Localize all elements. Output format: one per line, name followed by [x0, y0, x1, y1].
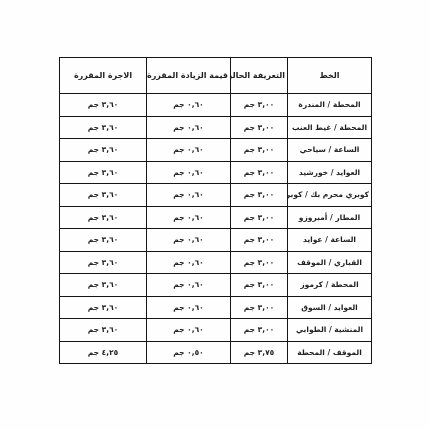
table-row: المطار / أمبروزو٣,٠٠ جم٠,٦٠ جم٣,٦٠ جم [60, 206, 372, 229]
line-name-cell: الساعة / عوايد [288, 229, 372, 252]
approved-fare-cell: ٤,٢٥ جم [60, 341, 147, 364]
line-name-cell: الساعة / سياحي [288, 139, 372, 162]
fare-table: الخط التعريفة الحالية قيمة الزيادة المقر… [59, 57, 372, 364]
line-name-cell: العوايد / خورشيد [288, 161, 372, 184]
table-row: القباري / الموقف٣,٠٠ جم٠,٦٠ جم٣,٦٠ جم [60, 251, 372, 274]
current-tariff-cell: ٣,٠٠ جم [231, 116, 288, 139]
table-row: الساعة / عوايد٣,٠٠ جم٠,٦٠ جم٣,٦٠ جم [60, 229, 372, 252]
increase-value-cell: ٠,٦٠ جم [147, 319, 231, 342]
table-row: المحطة / المندرة٣,٠٠ جم٠,٦٠ جم٣,٦٠ جم [60, 94, 372, 117]
current-tariff-cell: ٣,٠٠ جم [231, 161, 288, 184]
line-name-cell: القباري / الموقف [288, 251, 372, 274]
current-tariff-cell: ٣,٠٠ جم [231, 206, 288, 229]
current-tariff-cell: ٣,٠٠ جم [231, 296, 288, 319]
increase-value-cell: ٠,٦٠ جم [147, 274, 231, 297]
line-name-cell: العوايد / السوق [288, 296, 372, 319]
table-row: المحطة / غيط العنب٣,٠٠ جم٠,٦٠ جم٣,٦٠ جم [60, 116, 372, 139]
table-row: المنشية / الطوابي٣,٠٠ جم٠,٦٠ جم٣,٦٠ جم [60, 319, 372, 342]
increase-value-cell: ٠,٦٠ جم [147, 206, 231, 229]
increase-value-cell: ٠,٦٠ جم [147, 229, 231, 252]
line-name-cell: كوبري محرم بك / كوبري الزهور [288, 184, 372, 207]
increase-value-cell: ٠,٥٠ جم [147, 341, 231, 364]
table-row: العوايد / السوق٣,٠٠ جم٠,٦٠ جم٣,٦٠ جم [60, 296, 372, 319]
current-tariff-cell: ٣,٠٠ جم [231, 229, 288, 252]
approved-fare-cell: ٣,٦٠ جم [60, 274, 147, 297]
increase-value-cell: ٠,٦٠ جم [147, 184, 231, 207]
approved-fare-cell: ٣,٦٠ جم [60, 139, 147, 162]
col-header-current-tariff: التعريفة الحالية [231, 58, 288, 94]
fare-table-body: المحطة / المندرة٣,٠٠ جم٠,٦٠ جم٣,٦٠ جمالم… [60, 94, 372, 364]
current-tariff-cell: ٣,٠٠ جم [231, 184, 288, 207]
approved-fare-cell: ٣,٦٠ جم [60, 116, 147, 139]
increase-value-cell: ٠,٦٠ جم [147, 116, 231, 139]
col-header-line: الخط [288, 58, 372, 94]
increase-value-cell: ٠,٦٠ جم [147, 94, 231, 117]
approved-fare-cell: ٣,٦٠ جم [60, 184, 147, 207]
line-name-cell: الموقف / المحطة [288, 341, 372, 364]
table-row: الموقف / المحطة٣,٧٥ جم٠,٥٠ جم٤,٢٥ جم [60, 341, 372, 364]
approved-fare-cell: ٣,٦٠ جم [60, 251, 147, 274]
current-tariff-cell: ٣,٠٠ جم [231, 94, 288, 117]
current-tariff-cell: ٣,٠٠ جم [231, 319, 288, 342]
approved-fare-cell: ٣,٦٠ جم [60, 206, 147, 229]
current-tariff-cell: ٣,٠٠ جم [231, 251, 288, 274]
current-tariff-cell: ٣,٠٠ جم [231, 139, 288, 162]
increase-value-cell: ٠,٦٠ جم [147, 139, 231, 162]
increase-value-cell: ٠,٦٠ جم [147, 296, 231, 319]
approved-fare-cell: ٣,٦٠ جم [60, 319, 147, 342]
approved-fare-cell: ٣,٦٠ جم [60, 296, 147, 319]
approved-fare-cell: ٣,٦٠ جم [60, 229, 147, 252]
approved-fare-cell: ٣,٦٠ جم [60, 161, 147, 184]
line-name-cell: المطار / أمبروزو [288, 206, 372, 229]
table-row: الساعة / سياحي٣,٠٠ جم٠,٦٠ جم٣,٦٠ جم [60, 139, 372, 162]
col-header-increase-value: قيمة الزيادة المقررة [147, 58, 231, 94]
increase-value-cell: ٠,٦٠ جم [147, 251, 231, 274]
current-tariff-cell: ٣,٠٠ جم [231, 274, 288, 297]
col-header-approved-fare: الاجرة المقررة [60, 58, 147, 94]
line-name-cell: المنشية / الطوابي [288, 319, 372, 342]
table-row: كوبري محرم بك / كوبري الزهور٣,٠٠ جم٠,٦٠ … [60, 184, 372, 207]
increase-value-cell: ٠,٦٠ جم [147, 161, 231, 184]
line-name-cell: المحطة / المندرة [288, 94, 372, 117]
current-tariff-cell: ٣,٧٥ جم [231, 341, 288, 364]
header-row: الخط التعريفة الحالية قيمة الزيادة المقر… [60, 58, 372, 94]
line-name-cell: المحطة / غيط العنب [288, 116, 372, 139]
approved-fare-cell: ٣,٦٠ جم [60, 94, 147, 117]
scanned-page: الخط التعريفة الحالية قيمة الزيادة المقر… [0, 0, 430, 430]
table-row: العوايد / خورشيد٣,٠٠ جم٠,٦٠ جم٣,٦٠ جم [60, 161, 372, 184]
table-row: المحطة / كرموز٣,٠٠ جم٠,٦٠ جم٣,٦٠ جم [60, 274, 372, 297]
line-name-cell: المحطة / كرموز [288, 274, 372, 297]
